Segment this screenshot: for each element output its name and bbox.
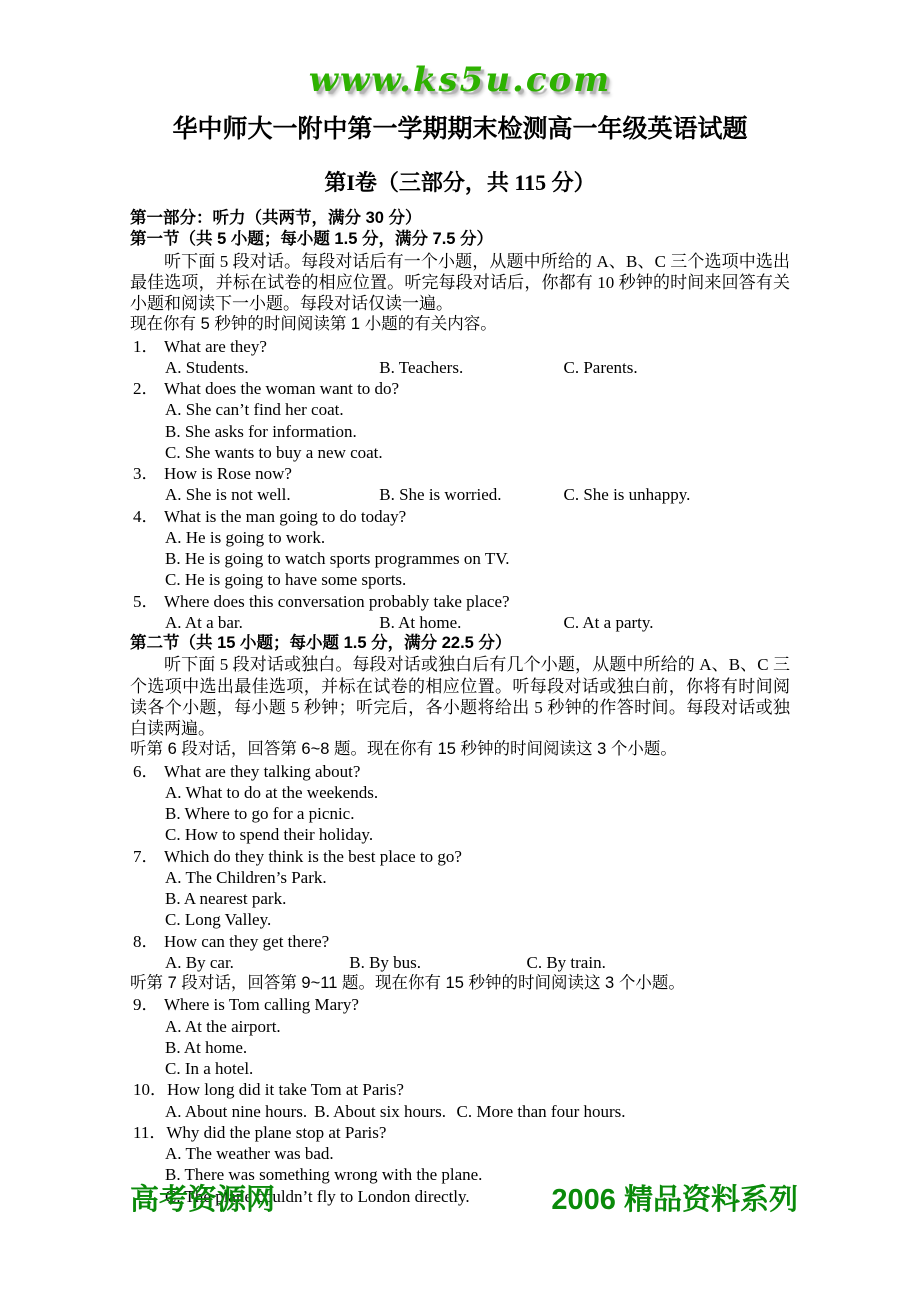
option-c: C. She wants to buy a new coat.	[130, 442, 790, 463]
section2-header: 第二节（共 15 小题；每小题 1.5 分，满分 22.5 分）	[130, 633, 790, 654]
option-a: A. The Children’s Park.	[130, 867, 790, 888]
question-text: What are they talking about?	[164, 761, 360, 782]
question-text: Why did the plane stop at Paris?	[166, 1122, 386, 1143]
question-1-options: A. Students. B. Teachers. C. Parents.	[130, 357, 790, 378]
question-text: How is Rose now?	[164, 463, 292, 484]
option-c: C. How to spend their holiday.	[130, 824, 790, 845]
question-number: 9．	[133, 994, 164, 1015]
question-11: 11． Why did the plane stop at Paris?	[130, 1122, 790, 1143]
question-1: 1． What are they?	[130, 336, 790, 357]
question-5-options: A. At a bar. B. At home. C. At a party.	[130, 612, 790, 633]
section1-note: 现在你有 5 秒钟的时间阅读第 1 小题的有关内容。	[130, 314, 790, 335]
option-b: B. At home.	[130, 1037, 790, 1058]
part1-header: 第一部分：听力（共两节，满分 30 分）	[130, 208, 790, 229]
question-number: 8．	[133, 931, 164, 952]
option-c: C. Long Valley.	[130, 909, 790, 930]
question-text: How long did it take Tom at Paris?	[167, 1079, 404, 1100]
question-10-options: A. About nine hours. B. About six hours.…	[130, 1101, 790, 1122]
page-footer: 高考资源网 2006 精品资料系列	[130, 1184, 798, 1216]
question-2: 2． What does the woman want to do?	[130, 378, 790, 399]
footer-right-series: 2006 精品资料系列	[551, 1184, 798, 1216]
option-a: A. By car.	[165, 952, 345, 973]
option-a: A. At a bar.	[165, 612, 375, 633]
question-text: Where is Tom calling Mary?	[164, 994, 359, 1015]
option-c: C. By train.	[527, 952, 606, 973]
option-b: B. A nearest park.	[130, 888, 790, 909]
section1-header: 第一节（共 5 小题；每小题 1.5 分，满分 7.5 分）	[130, 229, 790, 250]
question-number: 3．	[133, 463, 164, 484]
question-number: 6．	[133, 761, 164, 782]
option-c: C. More than four hours.	[457, 1101, 626, 1122]
option-b: B. He is going to watch sports programme…	[130, 548, 790, 569]
option-c: C. He is going to have some sports.	[130, 569, 790, 590]
document-title: 华中师大一附中第一学期期末检测高一年级英语试题	[0, 114, 920, 146]
question-6: 6． What are they talking about?	[130, 761, 790, 782]
option-a: A. At the airport.	[130, 1016, 790, 1037]
question-9: 9． Where is Tom calling Mary?	[130, 994, 790, 1015]
dialog7-note: 听第 7 段对话，回答第 9~11 题。现在你有 15 秒钟的时间阅读这 3 个…	[130, 973, 790, 994]
document-body: 第一部分：听力（共两节，满分 30 分） 第一节（共 5 小题；每小题 1.5 …	[130, 208, 790, 1207]
question-text: Where does this conversation probably ta…	[164, 591, 510, 612]
question-number: 10．	[133, 1079, 167, 1100]
question-text: Which do they think is the best place to…	[164, 846, 462, 867]
option-c: C. Parents.	[564, 357, 638, 378]
question-9-options: A. At the airport. B. At home. C. In a h…	[130, 1016, 790, 1080]
question-5: 5． Where does this conversation probably…	[130, 591, 790, 612]
dialog6-note: 听第 6 段对话，回答第 6~8 题。现在你有 15 秒钟的时间阅读这 3 个小…	[130, 739, 790, 760]
option-b: B. She is worried.	[379, 484, 559, 505]
question-number: 5．	[133, 591, 164, 612]
option-b: B. Teachers.	[379, 357, 559, 378]
question-7: 7． Which do they think is the best place…	[130, 846, 790, 867]
option-a: A. He is going to work.	[130, 527, 790, 548]
option-b: B. By bus.	[349, 952, 522, 973]
question-4-options: A. He is going to work. B. He is going t…	[130, 527, 790, 591]
question-8-options: A. By car. B. By bus. C. By train.	[130, 952, 790, 973]
volume-subtitle: 第I卷（三部分，共 115 分）	[0, 168, 920, 198]
option-c: C. She is unhappy.	[564, 484, 691, 505]
question-text: How can they get there?	[164, 931, 329, 952]
question-6-options: A. What to do at the weekends. B. Where …	[130, 782, 790, 846]
question-text: What does the woman want to do?	[164, 378, 399, 399]
question-2-options: A. She can’t find her coat. B. She asks …	[130, 399, 790, 463]
exam-paper-page: www.ks5u.com 华中师大一附中第一学期期末检测高一年级英语试题 第I卷…	[0, 0, 920, 1302]
footer-left-brand: 高考资源网	[130, 1184, 275, 1216]
section1-instructions: 听下面 5 段对话。每段对话后有一个小题，从题中所给的 A、B、C 三个选项中选…	[130, 251, 790, 315]
option-c: C. In a hotel.	[130, 1058, 790, 1079]
question-10: 10． How long did it take Tom at Paris?	[130, 1079, 790, 1100]
option-a: A. Students.	[165, 357, 375, 378]
option-a: A. She can’t find her coat.	[130, 399, 790, 420]
option-b: B. She asks for information.	[130, 421, 790, 442]
question-3: 3． How is Rose now?	[130, 463, 790, 484]
question-number: 4．	[133, 506, 164, 527]
question-text: What are they?	[164, 336, 267, 357]
ks5u-logo: www.ks5u.com	[0, 0, 920, 104]
option-a: A. The weather was bad.	[130, 1143, 790, 1164]
question-4: 4． What is the man going to do today?	[130, 506, 790, 527]
option-b: B. At home.	[379, 612, 559, 633]
question-7-options: A. The Children’s Park. B. A nearest par…	[130, 867, 790, 931]
section2-instructions: 听下面 5 段对话或独白。每段对话或独白后有几个小题，从题中所给的 A、B、C …	[130, 654, 790, 739]
question-number: 11．	[133, 1122, 166, 1143]
question-number: 2．	[133, 378, 164, 399]
question-text: What is the man going to do today?	[164, 506, 406, 527]
option-b: B. Where to go for a picnic.	[130, 803, 790, 824]
question-number: 7．	[133, 846, 164, 867]
option-b: B. About six hours.	[314, 1101, 452, 1122]
option-c: C. At a party.	[564, 612, 654, 633]
question-3-options: A. She is not well. B. She is worried. C…	[130, 484, 790, 505]
question-number: 1．	[133, 336, 164, 357]
option-a: A. About nine hours.	[165, 1101, 310, 1122]
option-b: B. There was something wrong with the pl…	[130, 1164, 790, 1185]
question-8: 8． How can they get there?	[130, 931, 790, 952]
option-a: A. What to do at the weekends.	[130, 782, 790, 803]
option-a: A. She is not well.	[165, 484, 375, 505]
